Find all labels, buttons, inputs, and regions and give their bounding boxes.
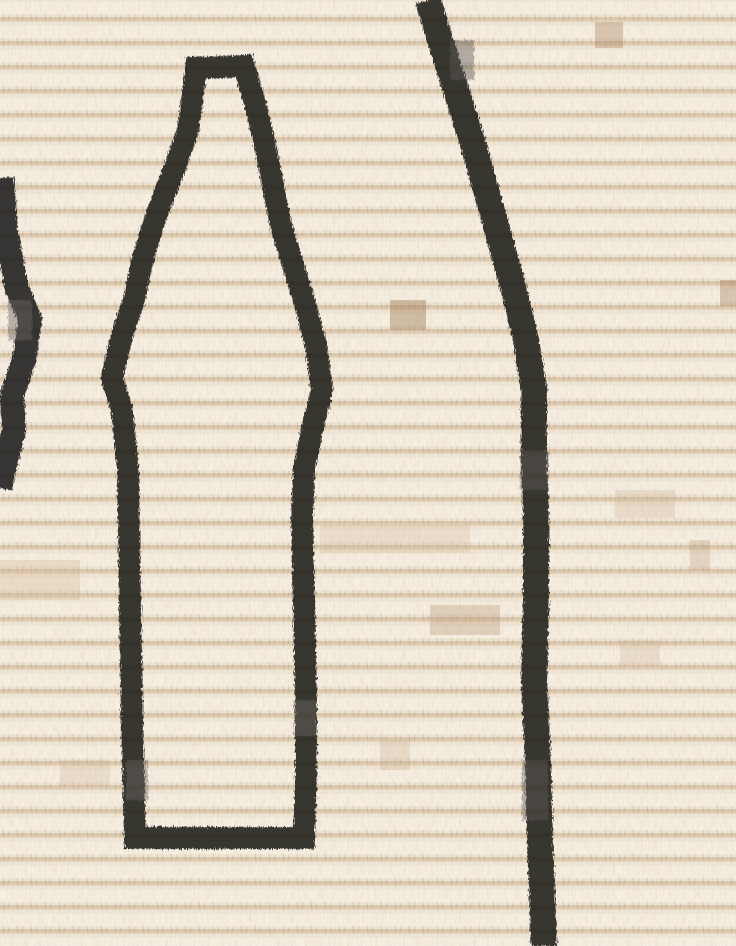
rug-texture-canvas xyxy=(0,0,736,946)
rug-photo xyxy=(0,0,736,946)
